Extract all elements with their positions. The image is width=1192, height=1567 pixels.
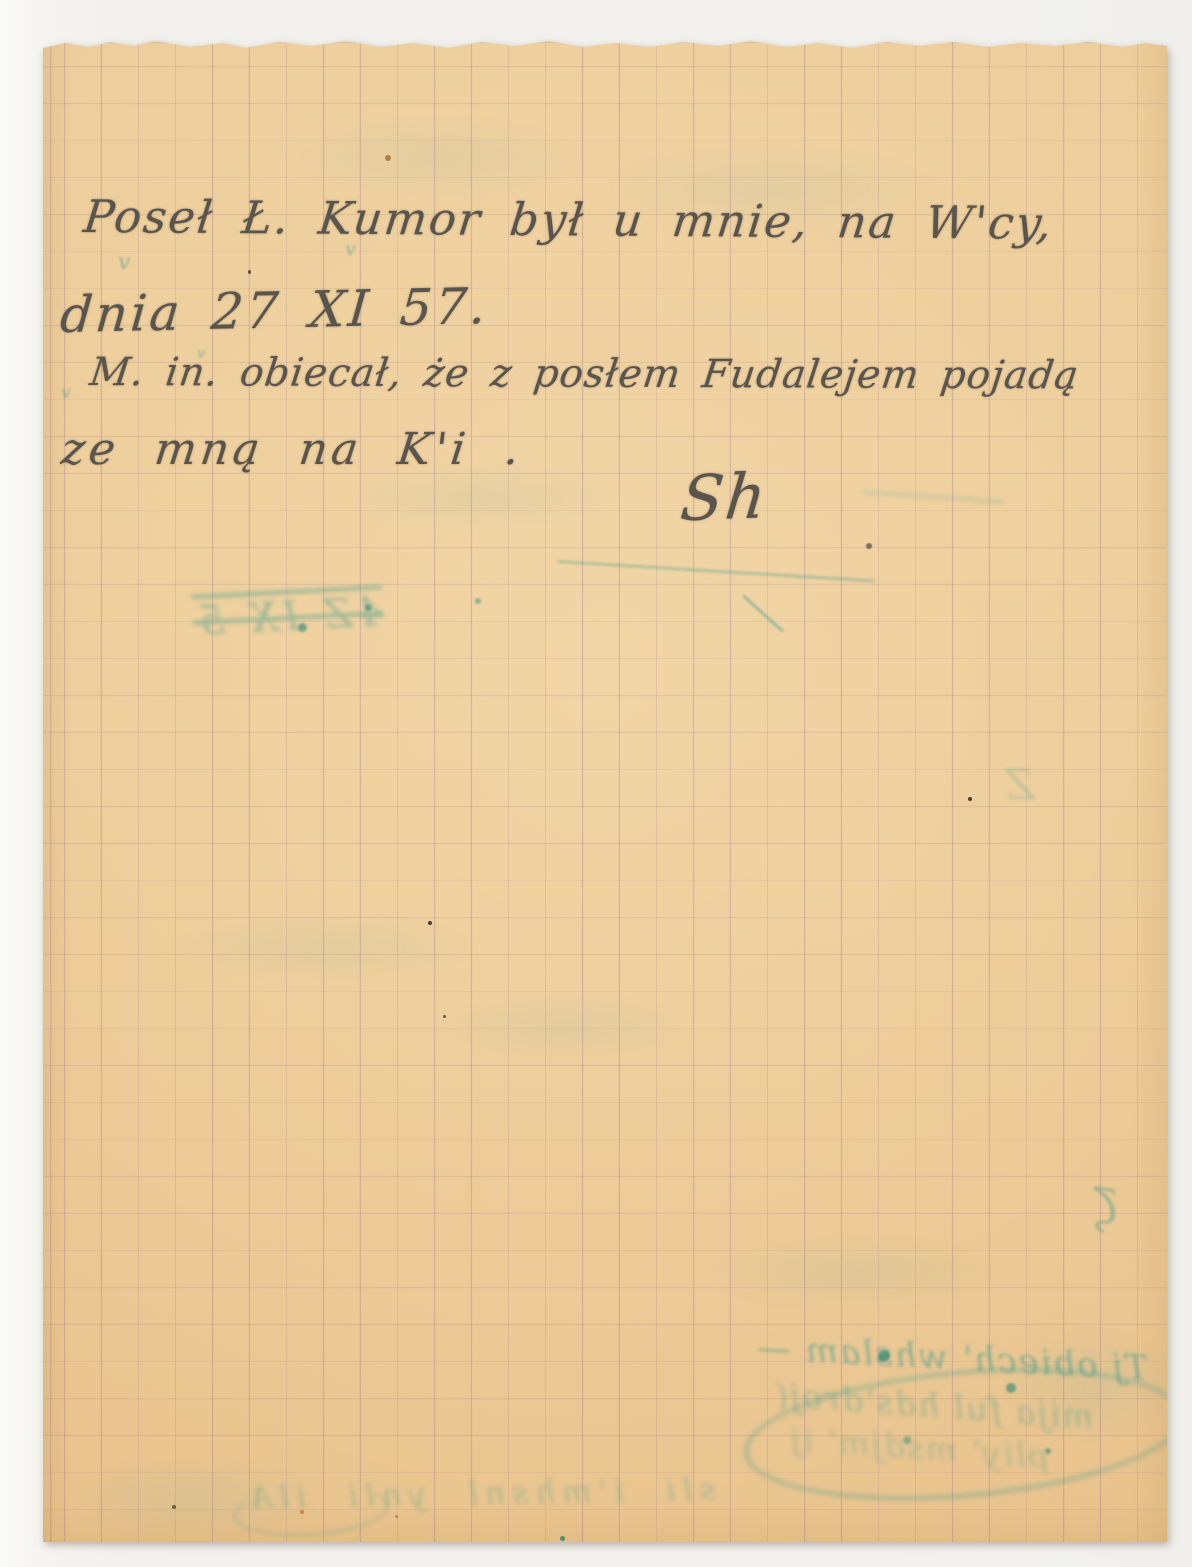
handwritten-line-1: Poseł Ł. Kumor był u mnie, na W'cy, [81, 190, 1056, 250]
grid-lines [43, 38, 1167, 1542]
teal-tick: v [345, 238, 356, 260]
note-paper-shadow: Poseł Ł. Kumor był u mnie, na W'cy, dnia… [43, 38, 1167, 1542]
ink-dot [298, 623, 307, 632]
ink-bleed-blob [343, 468, 623, 528]
pencil-dot [866, 543, 872, 549]
ink-bleed-blob [283, 118, 583, 198]
ink-dot [878, 1350, 890, 1362]
teal-tick: v [61, 383, 71, 403]
scan-backdrop: Poseł Ł. Kumor był u mnie, na W'cy, dnia… [0, 0, 1192, 1567]
ink-bleed-blob [163, 918, 483, 978]
ink-bleed-blob [433, 998, 693, 1058]
teal-tick: v [118, 250, 130, 275]
handwritten-line-4: ze mną na K'i . [59, 424, 526, 475]
paper-speck [968, 797, 972, 801]
signature: Sh [677, 459, 771, 535]
paper-speck [443, 1015, 446, 1018]
note-paper: Poseł Ł. Kumor był u mnie, na W'cy, dnia… [43, 38, 1167, 1542]
paper-speck [300, 1510, 304, 1514]
ink-dot [903, 1436, 911, 1444]
handwritten-line-3: M. in. obiecał, że z posłem Fudalejem po… [87, 350, 1081, 398]
ink-dot [475, 598, 481, 604]
paper-speck [560, 1536, 565, 1541]
ink-dot [365, 604, 372, 611]
paper-speck [248, 270, 251, 274]
paper-speck [385, 155, 391, 161]
paper-speck [395, 1515, 398, 1518]
ink-dot [1006, 1383, 1016, 1393]
ink-bleed-blob [703, 1238, 1003, 1308]
ink-transfer-mark-z: Z [1005, 760, 1034, 809]
teal-tick: v [197, 344, 205, 362]
ink-dot [1045, 1448, 1051, 1454]
paper-speck [428, 921, 432, 925]
handwritten-line-2: dnia 27 XI 57. [58, 277, 491, 344]
paper-speck [172, 1505, 176, 1509]
